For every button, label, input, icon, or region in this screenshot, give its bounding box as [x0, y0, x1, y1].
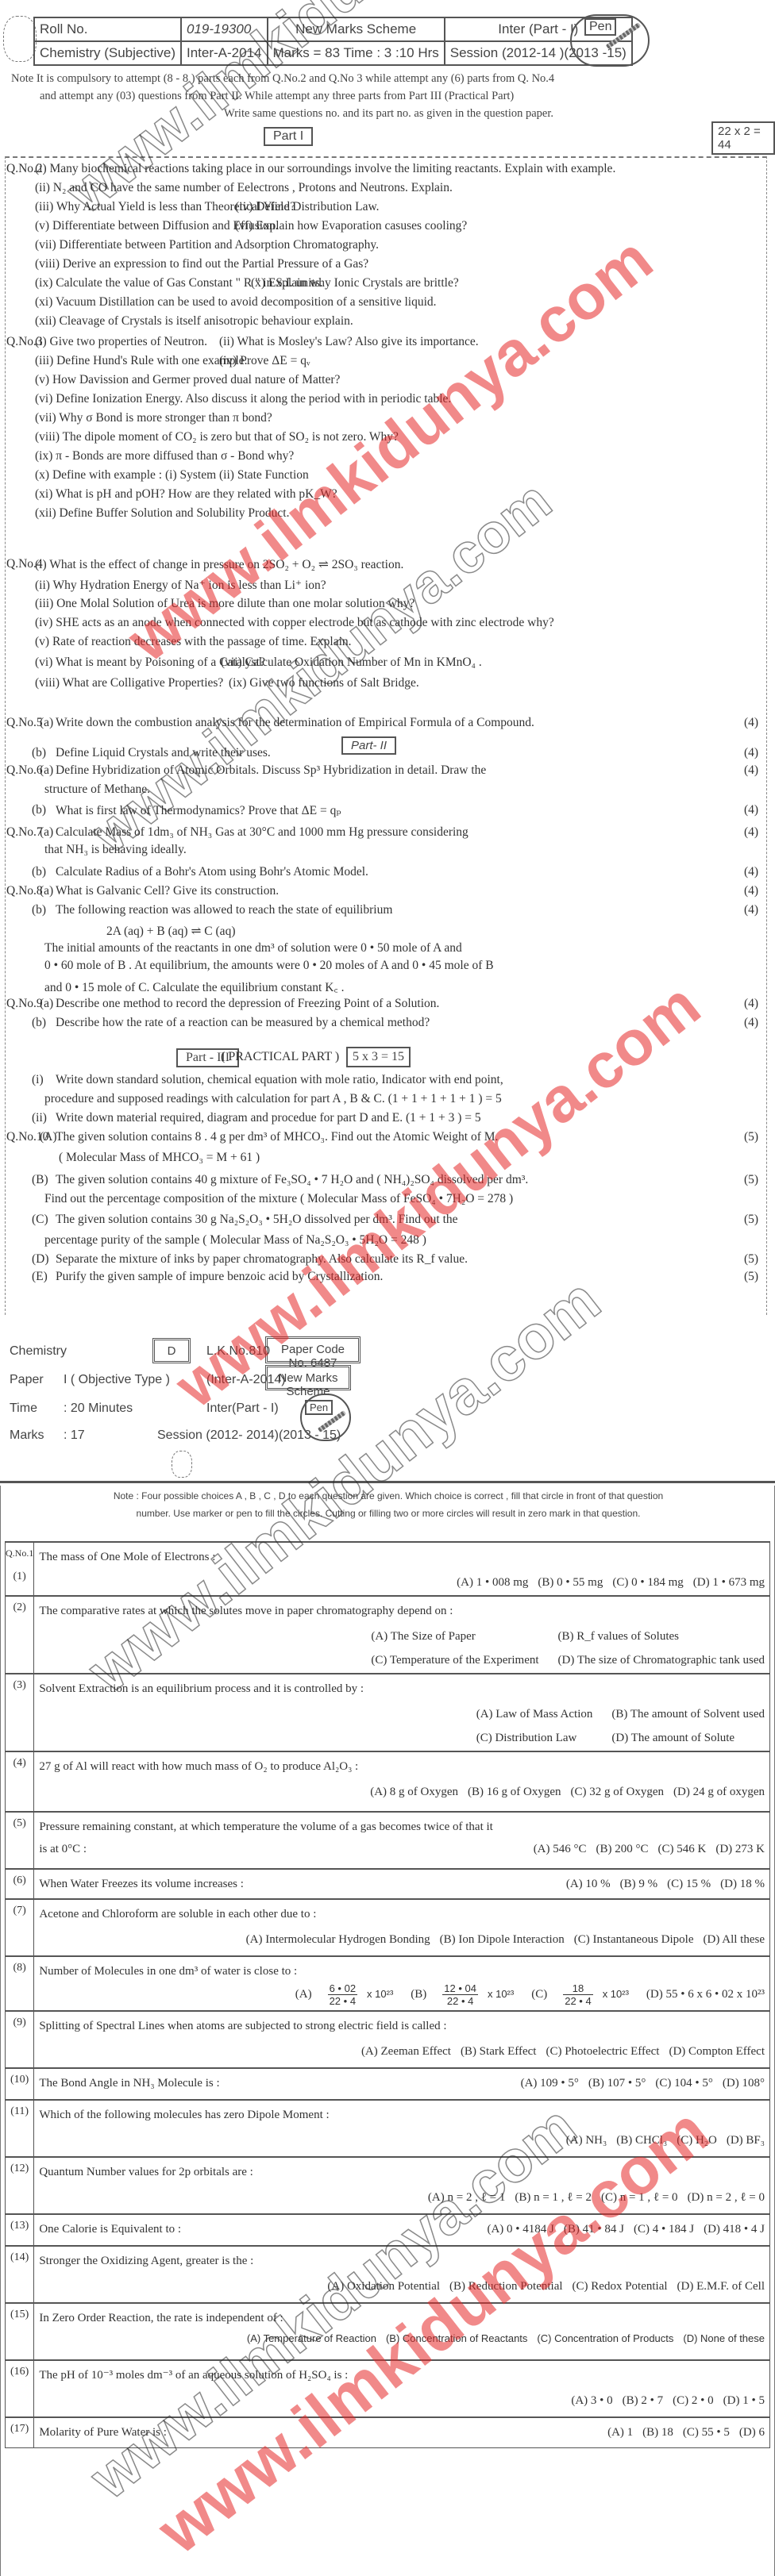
mcq-option-a[interactable]: (A) 546 °C — [534, 1843, 587, 1855]
question-text: and 0 • 15 mole of C. Calculate the equi… — [44, 978, 345, 995]
fraction-exponent: x 10²³ — [367, 1988, 393, 2000]
obj-paper-label: Paper — [10, 1373, 44, 1387]
mcq-stem: Quantum Number values for 2p orbitals ar… — [39, 2163, 765, 2182]
mcq-option-d[interactable]: (D) 1 • 673 mg — [693, 1576, 765, 1589]
mcq-option-b[interactable]: (B) 41 • 84 J — [564, 2223, 624, 2236]
mcq-question-body: Which of the following molecules has zer… — [34, 2100, 770, 2157]
question-marks: (4) — [744, 716, 758, 730]
mcq-question-row: (5)Pressure remaining constant, at which… — [6, 1812, 770, 1869]
mcq-option-c[interactable]: (C) H₂O — [677, 2134, 717, 2147]
mcq-question-number: (5) — [6, 1812, 34, 1869]
question-number: Q.No.9 — [6, 997, 43, 1011]
question-text: The given solution contains 8 . 4 g per … — [56, 1130, 498, 1144]
mcq-number-label: (13) — [6, 2220, 33, 2232]
mcq-question-number: (7) — [6, 1899, 34, 1956]
question-part-label: (D) — [32, 1252, 49, 1267]
mcq-number-label: (1) — [6, 1571, 33, 1583]
mcq-question-body: Pressure remaining constant, at which te… — [34, 1812, 770, 1869]
mcq-stem: The pH of 10⁻³ moles dm⁻³ of an aqueous … — [39, 2366, 765, 2385]
question-number: Q.No.8 — [6, 884, 43, 898]
question-text: 0 • 60 mole of B . At equilibrium, the a… — [44, 959, 494, 973]
mcq-question-number: Q.No.1(1) — [6, 1542, 34, 1596]
mcq-option-c[interactable]: (C) Redox Potential — [573, 2280, 668, 2293]
question-text: (v) How Davission and Germer proved dual… — [35, 373, 340, 387]
note-prefix: Note — [11, 72, 33, 85]
question-text: (iii) One Molal Solution of Urea is more… — [35, 597, 414, 611]
objective-paper: Chemistry Paper I ( Objective Type ) Tim… — [0, 1333, 775, 2576]
question-marks: (5) — [744, 1173, 758, 1187]
mcq-stem: In Zero Order Reaction, the rate is inde… — [39, 2309, 765, 2328]
question-part-label: (a) — [40, 884, 53, 898]
obj-board-seal-logo — [172, 1451, 192, 1478]
part-3-marks: 5 x 3 = 15 — [346, 1047, 411, 1067]
question-part-label: (a) — [40, 716, 53, 730]
subject-label: Chemistry (Subjective) — [34, 41, 181, 65]
mcq-question-number: (8) — [6, 1956, 34, 2011]
mcq-question-row: (15)In Zero Order Reaction, the rate is … — [6, 2303, 770, 2360]
question-text: What is first law of Thermodynamics? Pro… — [56, 803, 341, 818]
mcq-option-c[interactable]: (C) Instantaneous Dipole — [574, 1933, 694, 1946]
question-text: Calculate Mass of 1dm₃ of NH₃ Gas at 30°… — [56, 825, 468, 840]
mcq-question-number: (12) — [6, 2157, 34, 2214]
question-text: Write down material required, diagram an… — [56, 1111, 481, 1125]
mcq-question-row: (11)Which of the following molecules has… — [6, 2100, 770, 2157]
mcq-option-c[interactable]: (C) n = 1 , ℓ = 0 — [601, 2191, 678, 2204]
mcq-option-a[interactable]: (A) The Size of Paper — [371, 1627, 538, 1646]
mcq-option-d[interactable]: (D) 108° — [723, 2077, 765, 2090]
question-part-label: (i) — [32, 1073, 44, 1087]
obj-pen-label: Pen — [305, 1400, 333, 1415]
question-text: (ix) π - Bonds are more diffused than σ … — [35, 449, 294, 463]
mcq-option-b[interactable]: (B) CHCl₃ — [616, 2134, 667, 2147]
question-text: (iv) SHE acts as an anode when connected… — [35, 616, 554, 630]
question-part-label: (b) — [32, 746, 46, 760]
question-text: Write down the combustion analysis for t… — [56, 716, 534, 730]
question-text: (xii) Cleavage of Crystals is itself ani… — [35, 314, 353, 329]
question-part-label: (b) — [32, 865, 46, 879]
mcq-option-d[interactable]: (D) The size of Chromatographic tank use… — [558, 1651, 765, 1670]
paper-code-box: Paper Code No. 6487 — [265, 1336, 361, 1363]
mcq-question-body: Number of Molecules in one dm³ of water … — [34, 1956, 770, 2011]
qno1-label: Q.No.1 — [6, 1548, 33, 1559]
mcq-option-c[interactable]: (C) — [531, 1988, 547, 2001]
question-marks: (4) — [744, 884, 758, 898]
mcq-table: Q.No.1(1)The mass of One Mole of Electro… — [5, 1541, 770, 2448]
mcq-number-label: (10) — [6, 2074, 33, 2086]
mcq-question-body: Splitting of Spectral Lines when atoms a… — [34, 2011, 770, 2068]
fraction-exponent: x 10²³ — [603, 1988, 629, 2000]
mcq-option-a[interactable]: (A) Oxidation Potential — [327, 2280, 440, 2293]
mcq-option-d[interactable]: (D) Compton Effect — [669, 2045, 765, 2058]
question-text: (ii) N₂ and CO have the same number of E… — [35, 181, 453, 195]
question-text: The given solution contains 40 g mixture… — [56, 1173, 528, 1187]
mcq-number-label: (11) — [6, 2105, 33, 2118]
question-text: (vi) Explain how Evaporation casuses coo… — [235, 219, 467, 233]
question-marks: (5) — [744, 1270, 758, 1284]
mcq-option-b[interactable]: (B) Stark Effect — [461, 2045, 537, 2058]
question-part-label: (b) — [32, 803, 46, 817]
question-text: (xi) Vacuum Distillation can be used to … — [35, 295, 437, 310]
mcq-option-a[interactable]: (A) Zeeman Effect — [361, 2045, 451, 2058]
mcq-option-d[interactable]: (D) n = 2 , ℓ = 0 — [688, 2191, 765, 2204]
mcq-stem: Acetone and Chloroform are soluble in ea… — [39, 1905, 765, 1924]
subjective-header-table: Roll No. 019-19300 New Marks Scheme Inte… — [33, 17, 633, 66]
mcq-option-c[interactable]: (C) 2 • 0 — [673, 2394, 714, 2407]
mcq-question-row: (6)When Water Freezes its volume increas… — [6, 1869, 770, 1899]
mcq-option-c[interactable]: (C) Distribution Law — [476, 1728, 593, 1747]
question-marks: (4) — [744, 1016, 758, 1030]
mcq-option-a[interactable]: (A) 109 • 5° — [521, 2077, 579, 2090]
mcq-number-label: (6) — [6, 1874, 33, 1887]
mcq-question-row: (17)Molarity of Pure Water is :(A) 1(B) … — [6, 2417, 770, 2447]
practical-part-subtitle: ( PRACTICAL PART ) — [221, 1050, 339, 1064]
question-text: Calculate Radius of a Bohr's Atom using … — [56, 865, 368, 879]
mcq-question-body: The comparative rates at which the solut… — [34, 1596, 770, 1674]
question-text: (viii) Derive an expression to find out … — [35, 257, 368, 271]
mcq-option-d[interactable]: (D) E.M.F. of Cell — [677, 2280, 765, 2293]
question-marks: (5) — [744, 1130, 758, 1144]
mcq-option-a[interactable]: (A) Temperature of Reaction — [247, 2332, 376, 2344]
mcq-question-row: Q.No.1(1)The mass of One Mole of Electro… — [6, 1542, 770, 1596]
mcq-question-row: (12)Quantum Number values for 2p orbital… — [6, 2157, 770, 2214]
question-text: (v) Rate of reaction decreases with the … — [35, 635, 352, 649]
mcq-number-label: (2) — [6, 1601, 33, 1614]
mcq-number-label: (15) — [6, 2309, 33, 2321]
mcq-stem: One Calorie is Equivalent to : — [39, 2220, 181, 2239]
mcq-option-d[interactable]: (D) 6 — [739, 2426, 765, 2439]
question-text: (xi) What is pH and pOH? How are they re… — [35, 487, 337, 502]
mcq-question-body: The Bond Angle in NH₃ Molecule is :(A) 1… — [34, 2068, 770, 2100]
mcq-option-a[interactable]: (A) — [295, 1988, 312, 2001]
question-text: (ix) Give two functions of Salt Bridge. — [229, 676, 419, 690]
question-text: procedure and supposed readings with cal… — [44, 1092, 502, 1106]
obj-note-line-2: number. Use marker or pen to fill the ci… — [9, 1505, 768, 1522]
mcq-number-label: (14) — [6, 2251, 33, 2264]
mcq-option-b[interactable]: (B) 18 — [642, 2426, 673, 2439]
mcq-option-d[interactable]: (D) None of these — [683, 2332, 765, 2344]
mcq-question-number: (16) — [6, 2360, 34, 2417]
mcq-question-number: (6) — [6, 1869, 34, 1899]
question-text: (vii) Calculate Oxidation Number of Mn i… — [221, 656, 482, 670]
question-marks: (4) — [744, 865, 758, 879]
mcq-option-b[interactable]: (B) R_f values of Solutes — [558, 1627, 765, 1646]
mcq-stem: Molarity of Pure Water is : — [39, 2423, 167, 2442]
mcq-option-b[interactable]: (B) 107 • 5° — [588, 2077, 646, 2090]
mcq-number-label: (12) — [6, 2163, 33, 2175]
obj-marks-label: Marks — [10, 1428, 44, 1443]
question-number: Q.No.7 — [6, 825, 43, 840]
question-text: that NH₃ is behaving ideally. — [44, 843, 187, 857]
mcq-option-d[interactable]: (D) 418 • 4 J — [704, 2223, 765, 2236]
question-part-label: (A) — [40, 1130, 57, 1144]
mcq-stem: Solvent Extraction is an equilibrium pro… — [39, 1679, 765, 1698]
mcq-option-b[interactable]: (B) 0 • 55 mg — [538, 1576, 603, 1589]
mcq-question-number: (3) — [6, 1674, 34, 1751]
question-text: Write down standard solution, chemical e… — [56, 1073, 503, 1087]
fraction: 1822 • 4 — [553, 1982, 592, 2007]
mcq-question-body: 27 g of Al will react with how much mass… — [34, 1751, 770, 1812]
mcq-question-row: (8)Number of Molecules in one dm³ of wat… — [6, 1956, 770, 2011]
mcq-option-c[interactable]: (C) 546 K — [658, 1843, 707, 1855]
obj-scheme-box: New Marks Scheme — [265, 1365, 351, 1390]
mcq-option-a[interactable]: (A) 8 g of Oxygen — [370, 1786, 458, 1798]
mcq-number-label: (8) — [6, 1962, 33, 1974]
question-part-label: (b) — [32, 1016, 46, 1030]
question-part-label: (B) — [32, 1173, 48, 1187]
question-marks: (4) — [744, 825, 758, 840]
mcq-option-d[interactable]: (D) 273 K — [715, 1843, 765, 1855]
mcq-option-c[interactable]: (C) 0 • 184 mg — [612, 1576, 683, 1589]
marks-scheme: New Marks Scheme — [268, 17, 445, 41]
question-text: (viii) The dipole moment of CO₂ is zero … — [35, 430, 399, 444]
mcq-option-b[interactable]: (B) n = 1 , ℓ = 2 — [515, 2191, 592, 2204]
mcq-option-b[interactable]: (B) 2 • 7 — [623, 2394, 664, 2407]
mcq-number-label: (16) — [6, 2366, 33, 2378]
mcq-option-b[interactable]: (B) 9 % — [620, 1878, 658, 1890]
question-marks: (4) — [744, 903, 758, 917]
fraction: 12 • 0422 • 4 — [433, 1982, 478, 2007]
question-text: structure of Methane. — [44, 782, 150, 797]
lk-number: L.K.No.810 — [206, 1344, 270, 1359]
mcq-option-d[interactable]: (D) BF₃ — [727, 2134, 765, 2147]
question-text: The initial amounts of the reactants in … — [44, 941, 462, 955]
mcq-question-number: (9) — [6, 2011, 34, 2068]
question-text: (ii) What is Mosley's Law? Also give its… — [219, 335, 479, 349]
note-line-3: Write same questions no. and its part no… — [11, 105, 758, 122]
mcq-question-body: One Calorie is Equivalent to :(A) 0 • 41… — [34, 2214, 770, 2246]
question-number: Q.No.6 — [6, 763, 43, 778]
fraction-numerator: 18 — [563, 1982, 592, 1995]
mcq-stem: The comparative rates at which the solut… — [39, 1601, 765, 1621]
mcq-option-d[interactable]: (D) 18 % — [720, 1878, 765, 1890]
question-marks: (5) — [744, 1252, 758, 1267]
mcq-option-a[interactable]: (A) 10 % — [566, 1878, 611, 1890]
mcq-option-d[interactable]: (D) All these — [704, 1933, 765, 1946]
question-text: (vii) Why σ Bond is more stronger than π… — [35, 411, 272, 425]
paper-version-box: D — [152, 1338, 191, 1363]
mcq-question-number: (2) — [6, 1596, 34, 1674]
mcq-option-c[interactable]: (C) 32 g of Oxygen — [571, 1786, 664, 1798]
mcq-question-number: (13) — [6, 2214, 34, 2246]
mcq-option-a[interactable]: (A) Intermolecular Hydrogen Bonding — [246, 1933, 430, 1946]
mcq-question-body: When Water Freezes its volume increases … — [34, 1869, 770, 1899]
obj-header-rule — [0, 1481, 775, 1483]
fraction-denominator: 22 • 4 — [563, 1995, 592, 2007]
mcq-question-body: Acetone and Chloroform are soluble in ea… — [34, 1899, 770, 1956]
mcq-stem: Number of Molecules in one dm³ of water … — [39, 1962, 765, 1981]
question-part-label: (ii) — [32, 1111, 47, 1125]
fraction-denominator: 22 • 4 — [442, 1995, 478, 2007]
mcq-number-label: (5) — [6, 1817, 33, 1830]
note-line-1: It is compulsory to attempt (8 - 8 ) par… — [37, 72, 554, 85]
mcq-option-c[interactable]: (C) Photoelectric Effect — [546, 2045, 659, 2058]
mcq-question-number: (11) — [6, 2100, 34, 2157]
mcq-stem: Pressure remaining constant, at which te… — [39, 1821, 492, 1833]
note-line-2: and attempt any (03) questions from Part… — [11, 87, 758, 105]
mcq-number-label: (3) — [6, 1679, 33, 1692]
mcq-option-c[interactable]: (C) Temperature of the Experiment — [371, 1651, 538, 1670]
mcq-question-row: (14)Stronger the Oxidizing Agent, greate… — [6, 2246, 770, 2303]
mcq-question-body: Stronger the Oxidizing Agent, greater is… — [34, 2246, 770, 2303]
question-part-label: (a) — [40, 997, 53, 1011]
question-part-label: (a) — [40, 825, 53, 840]
fraction-denominator: 22 • 4 — [328, 1995, 357, 2007]
question-text: (iii) Define Hund's Rule with one exampl… — [35, 354, 248, 368]
mcq-option-c[interactable]: (C) 104 • 5° — [655, 2077, 713, 2090]
exam-label: Inter-A-2014 — [181, 41, 268, 65]
mcq-option-a[interactable]: (A) n = 2 , ℓ = 1 — [428, 2191, 505, 2204]
question-text: (ii) Why Hydration Energy of Na⁺ ion is … — [35, 578, 326, 593]
mcq-stem: The mass of One Mole of Electrons : — [39, 1548, 765, 1567]
obj-level: Inter(Part - I) — [206, 1401, 279, 1416]
mcq-option-a[interactable]: (A) 3 • 0 — [571, 2394, 612, 2407]
question-text: The given solution contains 30 g Na₂S₂O₃… — [56, 1213, 458, 1227]
mcq-question-body: Quantum Number values for 2p orbitals ar… — [34, 2157, 770, 2214]
mcq-number-label: (4) — [6, 1757, 33, 1770]
question-text: Find out the percentage composition of t… — [44, 1192, 513, 1206]
mcq-question-body: Molarity of Pure Water is :(A) 1(B) 18(C… — [34, 2417, 770, 2447]
mcq-stem: 27 g of Al will react with how much mass… — [39, 1757, 765, 1776]
question-text: Purify the given sample of impure benzoi… — [56, 1270, 383, 1284]
question-text: Define Liquid Crystals and write their u… — [56, 746, 271, 760]
mcq-option-b[interactable]: (B) Reduction Potential — [449, 2280, 562, 2293]
fraction-numerator: 6 • 02 — [328, 1982, 357, 1995]
question-text: (x) Define with example : (i) System (ii… — [35, 468, 309, 483]
mcq-question-number: (15) — [6, 2303, 34, 2360]
mcq-question-body: The mass of One Mole of Electrons :(A) 1… — [34, 1542, 770, 1596]
subjective-paper: Roll No. 019-19300 New Marks Scheme Inte… — [0, 0, 775, 1333]
mcq-stem: Which of the following molecules has zer… — [39, 2105, 765, 2124]
question-text: percentage purity of the sample ( Molecu… — [44, 1233, 426, 1248]
part-1-marks: 22 x 2 = 44 — [711, 121, 775, 155]
mcq-option-b[interactable]: (B) Ion Dipole Interaction — [440, 1933, 565, 1946]
mcq-option-b[interactable]: (B) 16 g of Oxygen — [468, 1786, 561, 1798]
mcq-stem: Stronger the Oxidizing Agent, greater is… — [39, 2251, 765, 2270]
question-text: ( Molecular Mass of MHCO₃ = M + 61 ) — [59, 1151, 260, 1165]
mcq-question-number: (10) — [6, 2068, 34, 2100]
question-part-label: (b) — [32, 903, 46, 917]
question-text: 2A (aq) + B (aq) ⇌ C (aq) — [106, 924, 235, 939]
question-text: (iv) Define Distribution Law. — [235, 200, 380, 214]
question-part-label: (E) — [32, 1270, 48, 1284]
question-number: Q.No.5 — [6, 716, 43, 730]
pen-label: Pen — [584, 18, 616, 36]
question-text: Separate the mixture of inks by paper ch… — [56, 1252, 468, 1267]
mcq-number-label: (17) — [6, 2423, 33, 2436]
part-1-label: Part I — [264, 127, 313, 146]
mcq-question-row: (2)The comparative rates at which the so… — [6, 1596, 770, 1674]
mcq-stem-continued: is at 0°C : — [39, 1840, 87, 1859]
question-text: (i) Give two properties of Neutron. — [35, 335, 207, 349]
fraction-exponent: x 10²³ — [488, 1988, 514, 2000]
mcq-question-row: (4)27 g of Al will react with how much m… — [6, 1751, 770, 1812]
mcq-option-b[interactable]: (B) — [411, 1988, 426, 2001]
question-marks: (4) — [744, 763, 758, 778]
mcq-question-row: (16)The pH of 10⁻³ moles dm⁻³ of an aque… — [6, 2360, 770, 2417]
question-part-label: (C) — [32, 1213, 48, 1227]
mcq-question-number: (14) — [6, 2246, 34, 2303]
mcq-option-a[interactable]: (A) 1 • 008 mg — [457, 1576, 528, 1589]
mcq-option-d[interactable]: (D) 24 g of oxygen — [673, 1786, 765, 1798]
question-text: Define Hybridization of Atomic Orbitals.… — [56, 763, 486, 778]
obj-time-value: : 20 Minutes — [64, 1401, 133, 1416]
mcq-question-row: (10)The Bond Angle in NH₃ Molecule is :(… — [6, 2068, 770, 2100]
obj-time-label: Time — [10, 1401, 37, 1416]
roll-no-value: 019-19300 — [181, 17, 268, 41]
mcq-question-row: (7)Acetone and Chloroform are soluble in… — [6, 1899, 770, 1956]
question-text: (xii) Define Buffer Solution and Solubil… — [35, 506, 289, 521]
question-marks: (4) — [744, 746, 758, 760]
mcq-option-a[interactable]: (A) 0 • 4184 J — [487, 2223, 553, 2236]
question-text: The following reaction was allowed to re… — [56, 903, 392, 917]
question-marks: (4) — [744, 997, 758, 1011]
question-text: (i) What is the effect of change in pres… — [35, 557, 403, 572]
mcq-question-body: In Zero Order Reaction, the rate is inde… — [34, 2303, 770, 2360]
mcq-option-d[interactable]: (D) 55 • 6 x 6 • 02 x 10²³ — [646, 1988, 765, 2001]
question-text: (i) Many biochemical reactions taking pl… — [35, 162, 615, 176]
marks-time-label: Marks = 83 Time : 3 :10 Hrs — [268, 41, 445, 65]
question-text: (vi) Define Ionization Energy. Also disc… — [35, 392, 451, 406]
mcq-question-body: Solvent Extraction is an equilibrium pro… — [34, 1674, 770, 1751]
mcq-number-label: (9) — [6, 2017, 33, 2029]
mcq-option-a[interactable]: (A) NH₃ — [566, 2134, 607, 2147]
fraction: 6 • 0222 • 4 — [318, 1982, 357, 2007]
obj-note: Note : Four possible choices A , B , C ,… — [9, 1487, 768, 1522]
roll-no-label: Roll No. — [34, 17, 181, 41]
part-2-label: Part- II — [341, 736, 396, 755]
mcq-stem: Splitting of Spectral Lines when atoms a… — [39, 2017, 765, 2036]
mcq-stem: The Bond Angle in NH₃ Molecule is : — [39, 2074, 219, 2093]
mcq-option-c[interactable]: (C) 4 • 184 J — [634, 2223, 694, 2236]
mcq-question-row: (9)Splitting of Spectral Lines when atom… — [6, 2011, 770, 2068]
question-text: Describe one method to record the depres… — [56, 997, 439, 1011]
mcq-question-row: (13)One Calorie is Equivalent to :(A) 0 … — [6, 2214, 770, 2246]
mcq-question-row: (3)Solvent Extraction is an equilibrium … — [6, 1674, 770, 1751]
mcq-number-label: (7) — [6, 1905, 33, 1917]
question-text: Describe how the rate of a reaction can … — [56, 1016, 430, 1030]
mcq-option-c[interactable]: (C) Concentration of Products — [537, 2332, 673, 2344]
question-part-label: (a) — [40, 763, 53, 778]
obj-marks-value: : 17 — [64, 1428, 85, 1443]
obj-subject: Chemistry — [10, 1344, 67, 1359]
question-text: (x) Explain why Ionic Crystals are britt… — [251, 276, 459, 290]
mcq-option-b[interactable]: (B) Concentration of Reactants — [386, 2332, 527, 2344]
mcq-option-a[interactable]: (A) 1 — [607, 2426, 633, 2439]
mcq-option-c[interactable]: (C) 15 % — [667, 1878, 711, 1890]
question-text: (viii) What are Colligative Properties? — [35, 676, 223, 690]
mcq-option-a[interactable]: (A) Law of Mass Action — [476, 1705, 593, 1724]
fraction-numerator: 12 • 04 — [442, 1982, 478, 1995]
question-text: (iv) Prove ΔE = qᵥ — [219, 354, 310, 368]
mcq-option-c[interactable]: (C) 55 • 5 — [683, 2426, 730, 2439]
mcq-question-number: (4) — [6, 1751, 34, 1812]
obj-paper-value: I ( Objective Type ) — [64, 1373, 170, 1387]
mcq-question-number: (17) — [6, 2417, 34, 2447]
question-marks: (4) — [744, 803, 758, 817]
subjective-note: Note It is compulsory to attempt (8 - 8 … — [11, 70, 758, 122]
mcq-question-body: The pH of 10⁻³ moles dm⁻³ of an aqueous … — [34, 2360, 770, 2417]
mcq-option-b[interactable]: (B) The amount of Solvent used — [611, 1705, 765, 1724]
question-marks: (5) — [744, 1213, 758, 1227]
mcq-stem: When Water Freezes its volume increases … — [39, 1874, 244, 1894]
mcq-option-d[interactable]: (D) 1 • 5 — [723, 2394, 765, 2407]
board-seal-logo — [3, 16, 37, 62]
mcq-option-b[interactable]: (B) 200 °C — [596, 1843, 649, 1855]
question-text: (vii) Differentiate between Partition an… — [35, 238, 379, 252]
question-text: What is Galvanic Cell? Give its construc… — [56, 884, 279, 898]
obj-note-line-1: Note : Four possible choices A , B , C ,… — [9, 1487, 768, 1505]
mcq-option-d[interactable]: (D) The amount of Solute — [611, 1728, 765, 1747]
